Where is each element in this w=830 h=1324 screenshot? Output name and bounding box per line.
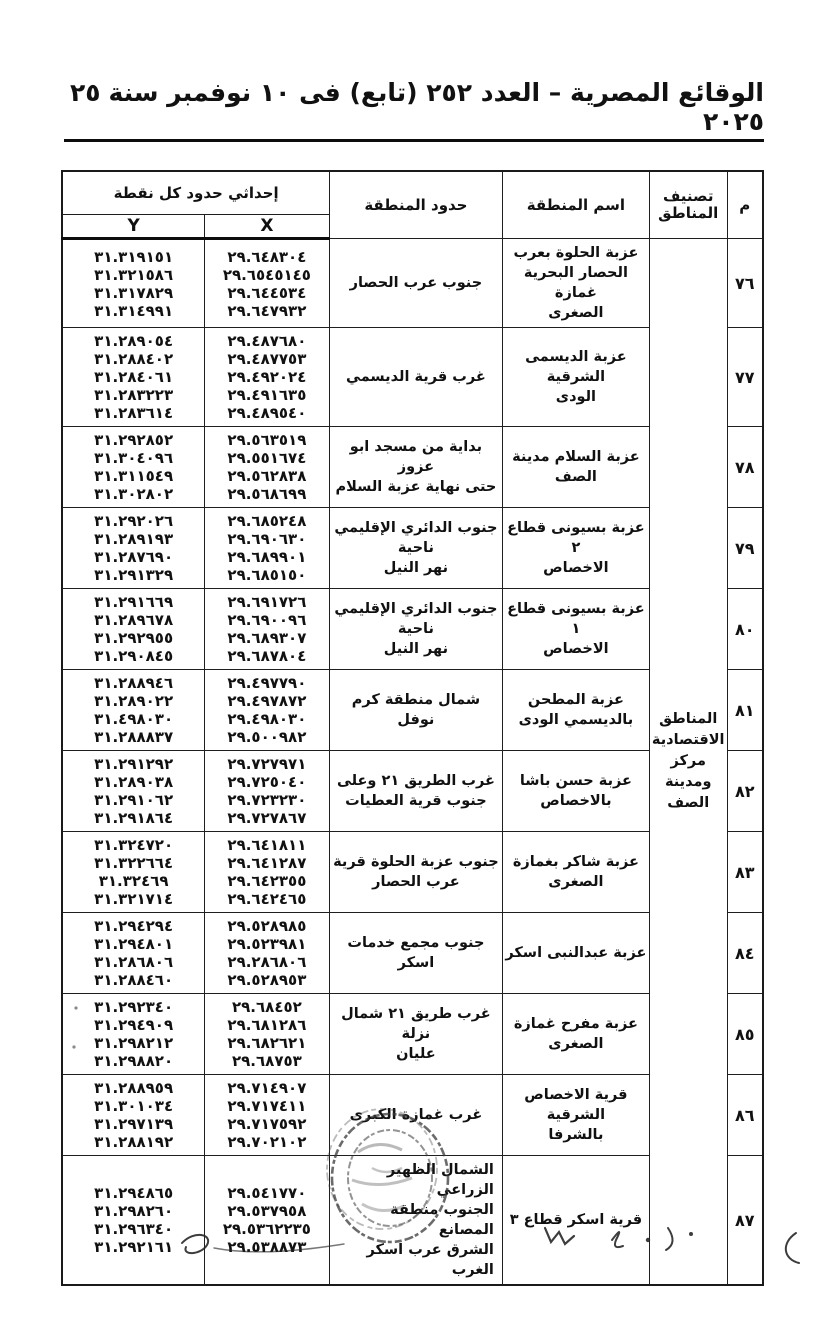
y-coordinates-cell: ٣١.٢٨٩٠٥٤٣١.٢٨٨٤٠٢٣١.٢٨٤٠٦١٣١.٢٨٣٢٢٣٣١.٢… <box>62 328 204 427</box>
x-coordinates-cell: ٢٩.٥٦٣٥١٩٢٩.٥٥١٦٧٤٢٩.٥٦٢٨٣٨٢٩.٥٦٨٦٩٩ <box>204 427 329 508</box>
area-bounds-cell: الشمال الظهير الزراعيالجنوب منطقة المصان… <box>329 1156 502 1286</box>
area-name-cell: عزبة شاكر بغمازةالصغرى <box>502 832 649 913</box>
area-bounds-cell: بداية من مسجد ابو عزوزحتى نهاية عزبة الس… <box>329 427 502 508</box>
area-bounds-cell: جنوب الدائري الإقليمي ناحيةنهر النيل <box>329 589 502 670</box>
row-number: ٧٩ <box>727 508 763 589</box>
row-number: ٧٧ <box>727 328 763 427</box>
y-coordinates-cell: ٣١.٣١٩١٥١٣١.٣٢١٥٨٦٣١.٣١٧٨٢٩٣١.٣١٤٩٩١ <box>62 239 204 328</box>
area-bounds-cell: غرب غمازة الكبرى <box>329 1075 502 1156</box>
y-coordinates-cell: ٣١.٢٩٢٣٤٠٣١.٢٩٤٩٠٩٣١.٢٩٨٢١٢٣١.٢٩٨٨٢٠ <box>62 994 204 1075</box>
x-coordinates-cell: ٢٩.٦٩١٧٢٦٢٩.٦٩٠٠٩٦٢٩.٦٨٩٣٠٧٢٩.٦٨٧٨٠٤ <box>204 589 329 670</box>
area-name-cell: قرية الاخصاص الشرقيةبالشرفا <box>502 1075 649 1156</box>
row-number: ٨٦ <box>727 1075 763 1156</box>
table-row: ٧٦المناطقالاقتصاديةمركزومدينةالصفعزبة ال… <box>62 239 763 328</box>
y-coordinates-cell: ٣١.٢٩٢٠٢٦٣١.٢٨٩١٩٣٣١.٢٨٧٦٩٠٣١.٢٩١٣٢٩ <box>62 508 204 589</box>
x-coordinates-cell: ٢٩.٤٩٧٧٩٠٢٩.٤٩٧٨٧٢٢٩.٤٩٨٠٣٠٢٩.٥٠٠٩٨٢ <box>204 670 329 751</box>
header-area-name: اسم المنطقة <box>502 171 649 239</box>
area-name-cell: عزبة حسن باشابالاخصاص <box>502 751 649 832</box>
row-number: ٧٦ <box>727 239 763 328</box>
page-header: الوقائع المصرية – العدد ٢٥٢ (تابع) فى ١٠… <box>66 78 764 136</box>
row-number: ٨١ <box>727 670 763 751</box>
row-number: ٨٣ <box>727 832 763 913</box>
y-coordinates-cell: ٣١.٢٩٤٨٦٥٣١.٢٩٨٢٦٠٣١.٢٩٦٣٤٠٣١.٢٩٢١٦١ <box>62 1156 204 1286</box>
page-title: الوقائع المصرية – العدد ٢٥٢ (تابع) فى ١٠… <box>101 78 764 136</box>
header-area-bounds: حدود المنطقة <box>329 171 502 239</box>
row-number: ٨٢ <box>727 751 763 832</box>
row-number: ٨٥ <box>727 994 763 1075</box>
header-classification: تصنيفالمناطق <box>649 171 727 239</box>
area-bounds-cell: غرب الطريق ٢١ وعلىجنوب قرية العطيات <box>329 751 502 832</box>
y-coordinates-cell: ٣١.٢٩٤٢٩٤٣١.٢٩٤٨٠١٣١.٢٨٦٨٠٦٣١.٢٨٨٤٦٠ <box>62 913 204 994</box>
y-coordinates-cell: ٣١.٣٢٤٧٢٠٣١.٣٢٢٦٦٤٣١.٣٢٤٦٩٣١.٣٢١٧١٤ <box>62 832 204 913</box>
x-coordinates-cell: ٢٩.٦٤١٨١١٢٩.٦٤١٢٨٧٢٩.٦٤٢٣٥٥٢٩.٦٤٢٤٦٥ <box>204 832 329 913</box>
area-bounds-cell: جنوب الدائري الإقليمي ناحيةنهر النيل <box>329 508 502 589</box>
table-body: ٧٦المناطقالاقتصاديةمركزومدينةالصفعزبة ال… <box>62 239 763 1286</box>
header-y: Y <box>62 215 204 239</box>
area-name-cell: قرية اسكر قطاع ٣ <box>502 1156 649 1286</box>
row-number: ٧٨ <box>727 427 763 508</box>
area-bounds-cell: غرب قرية الديسمي <box>329 328 502 427</box>
header-coords-group: إحداثي حدود كل نقطة <box>62 171 329 215</box>
area-name-cell: عزبة بسيونى قطاع ١الاخصاص <box>502 589 649 670</box>
page-number: ٢٥ <box>66 78 101 107</box>
area-name-cell: عزبة بسيونى قطاع ٢الاخصاص <box>502 508 649 589</box>
table-header: م تصنيفالمناطق اسم المنطقة حدود المنطقة … <box>62 171 763 239</box>
x-coordinates-cell: ٢٩.٦٨٤٥٢٢٩.٦٨١٢٨٦٢٩.٦٨٢٦٢١٢٩.٦٨٧٥٣ <box>204 994 329 1075</box>
y-coordinates-cell: ٣١.٢٨٨٩٤٦٣١.٢٨٩٠٢٢٣١.٤٩٨٠٣٠٣١.٢٨٨٨٣٧ <box>62 670 204 751</box>
x-coordinates-cell: ٢٩.٥٢٨٩٨٥٢٩.٥٢٣٩٨١٢٩.٢٨٦٨٠٦٢٩.٥٢٨٩٥٣ <box>204 913 329 994</box>
x-coordinates-cell: ٢٩.٥٤١٧٧٠٢٩.٥٣٧٩٥٨٢٩.٥٣٦٢٢٣٥٢٩.٥٣٨٨٧٣ <box>204 1156 329 1286</box>
x-coordinates-cell: ٢٩.٧١٤٩٠٧٢٩.٧١٧٤١١٢٩.٧١٧٥٩٢٢٩.٧٠٢١٠٢ <box>204 1075 329 1156</box>
area-name-cell: عزبة الديسمى الشرقيةالودى <box>502 328 649 427</box>
row-number: ٨٠ <box>727 589 763 670</box>
area-name-cell: عزبة المطحنبالديسمي الودى <box>502 670 649 751</box>
header-divider <box>64 139 764 142</box>
x-coordinates-cell: ٢٩.٦٨٥٢٤٨٢٩.٦٩٠٦٣٠٢٩.٦٨٩٩٠١٢٩.٦٨٥١٥٠ <box>204 508 329 589</box>
area-name-cell: عزبة عبدالنبى اسكر <box>502 913 649 994</box>
x-coordinates-cell: ٢٩.٧٢٧٩٧١٢٩.٧٢٥٠٤٠٢٩.٧٢٣٢٣٠٢٩.٧٢٧٨٦٧ <box>204 751 329 832</box>
area-bounds-cell: جنوب عزبة الحلوة قريةعرب الحصار <box>329 832 502 913</box>
area-name-cell: عزبة الحلوة بعربالحصار البحرية غمازةالصغ… <box>502 239 649 328</box>
y-coordinates-cell: ٣١.٢٩٢٨٥٢٣١.٣٠٤٠٩٦٣١.٣١١٥٤٩٣١.٣٠٢٨٠٢ <box>62 427 204 508</box>
header-x: X <box>204 215 329 239</box>
gazette-page: الوقائع المصرية – العدد ٢٥٢ (تابع) فى ١٠… <box>0 0 830 1324</box>
classification-cell: المناطقالاقتصاديةمركزومدينةالصف <box>649 239 727 1286</box>
y-coordinates-cell: ٣١.٢٨٨٩٥٩٣١.٣٠١٠٣٤٣١.٢٩٧١٣٩٣١.٢٨٨١٩٢ <box>62 1075 204 1156</box>
y-coordinates-cell: ٣١.٢٩١٢٩٢٣١.٢٨٩٠٣٨٣١.٢٩١٠٦٢٣١.٢٩١٨٦٤ <box>62 751 204 832</box>
area-name-cell: عزبة السلام مدينةالصف <box>502 427 649 508</box>
area-bounds-cell: شمال منطقة كرم نوفل <box>329 670 502 751</box>
row-number: ٨٤ <box>727 913 763 994</box>
row-number: ٨٧ <box>727 1156 763 1286</box>
x-coordinates-cell: ٢٩.٤٨٧٦٨٠٢٩.٤٨٧٧٥٣٢٩.٤٩٢٠٢٤٢٩.٤٩١٦٣٥٢٩.٤… <box>204 328 329 427</box>
x-coordinates-cell: ٢٩.٦٤٨٣٠٤٢٩.٦٥٤٥١٤٥٢٩.٦٤٤٥٣٤٢٩.٦٤٧٩٣٢ <box>204 239 329 328</box>
header-no: م <box>727 171 763 239</box>
area-bounds-cell: غرب طريق ٢١ شمال نزلةعليان <box>329 994 502 1075</box>
coordinates-table: م تصنيفالمناطق اسم المنطقة حدود المنطقة … <box>61 170 764 1286</box>
y-coordinates-cell: ٣١.٢٩١٦٦٩٣١.٢٨٩٦٧٨٣١.٢٩٢٩٥٥٣١.٢٩٠٨٤٥ <box>62 589 204 670</box>
area-name-cell: عزبة مفرح غمازةالصغرى <box>502 994 649 1075</box>
area-bounds-cell: جنوب عرب الحصار <box>329 239 502 328</box>
area-bounds-cell: جنوب مجمع خدمات اسكر <box>329 913 502 994</box>
